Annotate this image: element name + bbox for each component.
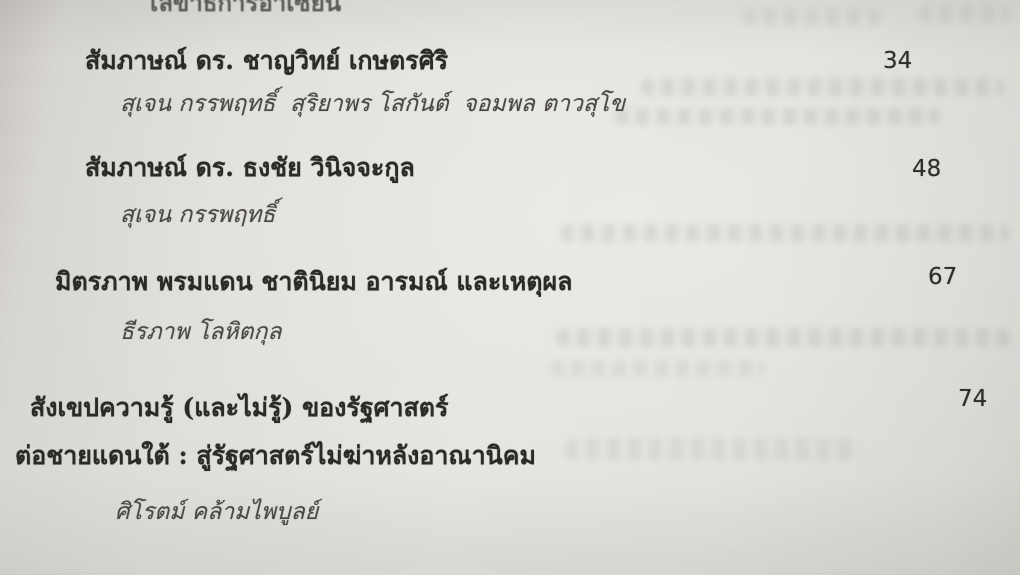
bleed-through-artifact bbox=[556, 328, 1011, 347]
scanned-toc-page: เลขาธิการอาเซียน สัมภาษณ์ ดร. ชาญวิทย์ เ… bbox=[0, 0, 1020, 575]
bleed-through-artifact bbox=[640, 78, 1005, 96]
toc-entry-title: มิตรภาพ พรมแดน ชาตินิยม อารมณ์ และเหตุผล bbox=[55, 267, 572, 297]
cropped-heading-line: เลขาธิการอาเซียน bbox=[150, 0, 341, 22]
bleed-through-artifact bbox=[560, 224, 1010, 242]
bleed-through-artifact bbox=[742, 8, 882, 26]
toc-entry-page-number: 34 bbox=[883, 48, 912, 74]
bleed-through-artifact bbox=[565, 438, 860, 460]
toc-entry-title-line2: ต่อชายแดนใต้ : สู่รัฐศาสตร์ไม่ฆ่าหลังอาณ… bbox=[15, 441, 536, 471]
toc-entry-authors: ศิโรตม์ คล้ามไพบูลย์ bbox=[115, 494, 318, 530]
toc-entry-authors: ธีรภาพ โลหิตกุล bbox=[120, 314, 282, 350]
toc-entry-title: สัมภาษณ์ ดร. ธงชัย วินิจจะกูล bbox=[85, 153, 415, 183]
bleed-through-artifact bbox=[550, 360, 765, 377]
toc-entry-page-number: 74 bbox=[958, 386, 987, 412]
bleed-through-artifact bbox=[615, 108, 940, 125]
toc-entry-title-line1: สังเขปความรู้ (และไม่รู้) ของรัฐศาสตร์ bbox=[30, 393, 448, 423]
toc-entry-title: สัมภาษณ์ ดร. ชาญวิทย์ เกษตรศิริ bbox=[85, 46, 448, 76]
toc-entry-authors: สุเจน กรรพฤทธิ์ สุริยาพร โสกันต์ จอมพล ต… bbox=[120, 86, 625, 122]
toc-entry-page-number: 67 bbox=[928, 264, 957, 290]
toc-entry-page-number: 48 bbox=[912, 156, 941, 182]
bleed-through-artifact bbox=[918, 5, 1010, 23]
toc-entry-authors: สุเจน กรรพฤทธิ์ bbox=[120, 197, 275, 233]
